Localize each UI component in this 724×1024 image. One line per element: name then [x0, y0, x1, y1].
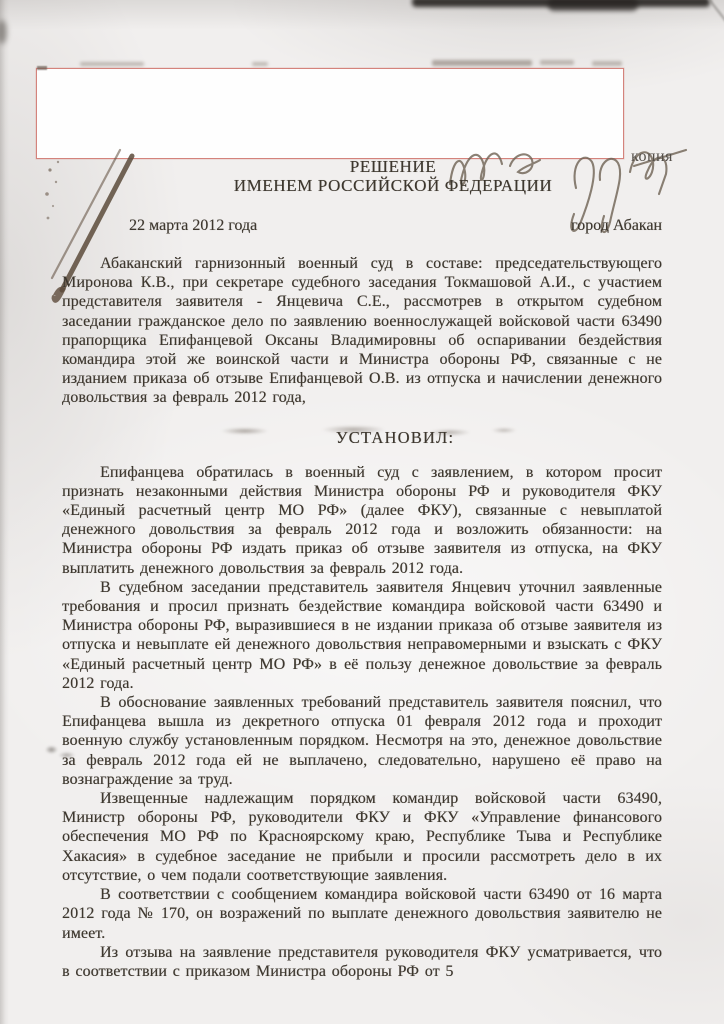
body-paragraph: В обоснование заявленных требований пред…: [62, 693, 662, 789]
document-date: 22 марта 2012 года: [129, 217, 257, 235]
body-paragraph: Из отзыва на заявление представителя рук…: [62, 943, 662, 981]
body-paragraph: В соответствии с сообщением командира во…: [62, 885, 662, 943]
body-paragraph: Извещенные надлежащим порядком командир …: [62, 789, 662, 885]
document-city: город Абакан: [571, 217, 662, 235]
document-body: РЕШЕНИЕ ИМЕНЕМ РОССИЙСКОЙ ФЕДЕРАЦИИ 22 м…: [62, 0, 662, 981]
section-heading: УСТАНОВИЛ:: [95, 428, 695, 448]
scan-smudge: [0, 20, 7, 44]
body-paragraph: Епифанцева обратилась в военный суд с за…: [62, 463, 662, 578]
body-paragraph: В судебном заседании представитель заяви…: [62, 578, 662, 693]
scanned-document-page: копия РЕШЕНИЕ ИМЕНЕМ РОССИЙСКОЙ ФЕДЕРАЦИ…: [0, 0, 724, 1024]
document-title: РЕШЕНИЕ ИМЕНЕМ РОССИЙСКОЙ ФЕДЕРАЦИИ: [93, 158, 693, 195]
intro-paragraph: Абаканский гарнизонный военный суд в сос…: [62, 254, 662, 408]
scan-smudge: [37, 66, 47, 70]
date-row: 22 марта 2012 года город Абакан: [62, 217, 662, 235]
title-line-1: РЕШЕНИЕ: [93, 158, 693, 177]
title-line-2: ИМЕНЕМ РОССИЙСКОЙ ФЕДЕРАЦИИ: [93, 177, 693, 196]
